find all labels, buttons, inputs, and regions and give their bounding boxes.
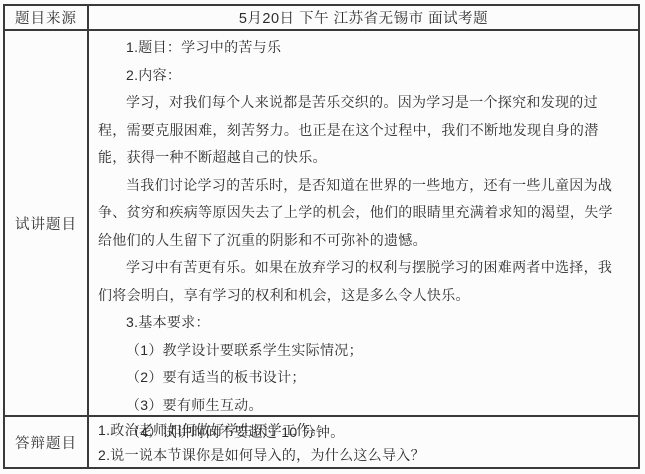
lecture-row-label: 试讲题目 (5, 31, 89, 415)
row-defense-questions: 答辩题目 1.政治老师如何做好学生厌学工作。 2.说一说本节课你是如何导入的，为… (5, 415, 638, 467)
exam-question-document: 题目来源 5月20日 下午 江苏省无锡市 面试考题 试讲题目 1.题目：学习中的… (0, 0, 645, 474)
defense-content: 1.政治老师如何做好学生厌学工作。 2.说一说本节课你是如何导入的，为什么这么导… (89, 417, 638, 467)
defense-question-item: 2.说一说本节课你是如何导入的，为什么这么导入？ (98, 443, 628, 468)
lecture-content-heading: 2.内容： (98, 62, 626, 90)
lecture-requirement-item: （2）要有适当的板书设计； (98, 364, 626, 392)
lecture-paragraph: 学习中有苦更有乐。如果在放弃学习的权利与摆脱学习的困难两者中选择，我们将会明白，… (98, 254, 626, 309)
interview-question-table: 题目来源 5月20日 下午 江苏省无锡市 面试考题 试讲题目 1.题目：学习中的… (3, 4, 640, 469)
defense-question-item: 1.政治老师如何做好学生厌学工作。 (98, 418, 628, 443)
row-trial-lecture: 试讲题目 1.题目：学习中的苦与乐 2.内容： 学习，对我们每个人来说都是苦乐交… (5, 29, 638, 415)
lecture-title-line: 1.题目：学习中的苦与乐 (98, 34, 626, 62)
lecture-requirement-item: （1）教学设计要联系学生实际情况； (98, 337, 626, 365)
lecture-paragraph: 学习，对我们每个人来说都是苦乐交织的。因为学习是一个探究和发现的过程，需要克服困… (98, 89, 626, 172)
lecture-requirements-heading: 3.基本要求： (98, 309, 626, 337)
lecture-paragraph: 当我们讨论学习的苦乐时，是否知道在世界的一些地方，还有一些儿童因为战争、贫穷和疾… (98, 172, 626, 255)
defense-row-label: 答辩题目 (5, 417, 89, 467)
source-value: 5月20日 下午 江苏省无锡市 面试考题 (89, 6, 638, 29)
row-question-source: 题目来源 5月20日 下午 江苏省无锡市 面试考题 (5, 6, 638, 29)
lecture-content: 1.题目：学习中的苦与乐 2.内容： 学习，对我们每个人来说都是苦乐交织的。因为… (89, 31, 638, 415)
source-row-label: 题目来源 (5, 6, 89, 29)
